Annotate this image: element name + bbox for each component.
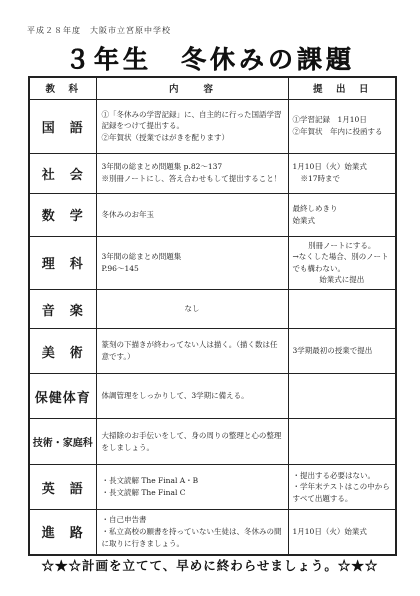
content-cell: 3年間の総まとめ問題集 P.96～145: [96, 236, 288, 290]
content-cell: 篆刻の下描きが終わってない人は描く。（描く数は任意です。）: [96, 329, 288, 374]
table-row-hokentaiiku: 保健体育 体調管理をしっかりして、3学期に備える。: [29, 374, 396, 419]
due-line: 始業式に提出: [293, 274, 392, 286]
table-row-gijutsu-kateika: 技術・家庭科 大掃除のお手伝いをして、身の周りの整理と心の整理をしましょう。: [29, 419, 396, 465]
due-line: 1月10日（火）始業式: [293, 526, 392, 538]
header-subject: 教 科: [29, 77, 96, 99]
content-cell: ・長文読解 The Final A・B ・長文読解 The Final C: [96, 465, 288, 510]
due-cell: ①学習記録 1月10日 ②年賀状 年内に投函する: [288, 99, 396, 153]
subject-label: 保健体育: [29, 374, 96, 419]
table-row-rika: 理 科 3年間の総まとめ問題集 P.96～145 別冊ノートにする。 →なくした…: [29, 236, 396, 290]
content-line: 3年間の総まとめ問題集 p.82～137: [102, 161, 283, 173]
due-cell: ・提出する必要はない。 ・学年末テストはこの中からすべて出題する。: [288, 465, 396, 510]
subject-label: 社 会: [29, 153, 96, 193]
content-cell: ①「冬休みの学習記録」に、自主的に行った国語学習記録をつけて提出する。 ②年賀状…: [96, 99, 288, 153]
content-line: ・自己申告書: [102, 514, 283, 526]
table-row-ongaku: 音 楽 なし: [29, 290, 396, 329]
table-header: 教 科 内 容 提 出 日: [29, 77, 396, 99]
due-cell: 3学期最初の授業で提出: [288, 329, 396, 374]
table-row-sugaku: 数 学 冬休みのお年玉 最終しめきり 始業式: [29, 193, 396, 236]
content-line: なし: [102, 303, 283, 315]
content-line: ・長文読解 The Final C: [102, 487, 283, 499]
content-cell: 冬休みのお年玉: [96, 193, 288, 236]
due-line: ・提出する必要はない。: [293, 470, 392, 482]
footer-message: ☆★☆計画を立てて、早めに終わらせましょう。☆★☆: [0, 556, 420, 574]
subject-label: 美 術: [29, 329, 96, 374]
content-line: ①「冬休みの学習記録」に、自主的に行った国語学習記録をつけて提出する。: [102, 109, 283, 132]
content-line: ・長文読解 The Final A・B: [102, 475, 283, 487]
due-line: 始業式: [293, 215, 392, 227]
content-cell: 3年間の総まとめ問題集 p.82～137 ※別冊ノートにし、答え合わせもして提出…: [96, 153, 288, 193]
subject-label: 数 学: [29, 193, 96, 236]
due-line: ②年賀状 年内に投函する: [293, 126, 392, 138]
due-cell: [288, 419, 396, 465]
due-line: 3学期最初の授業で提出: [293, 345, 392, 357]
subject-label: 音 楽: [29, 290, 96, 329]
subject-label: 英 語: [29, 465, 96, 510]
subject-label: 理 科: [29, 236, 96, 290]
content-line: ・私立高校の願書を持っていない生徒は、冬休みの間に取りに行きましょう。: [102, 526, 283, 549]
table-row-bijutsu: 美 術 篆刻の下描きが終わってない人は描く。（描く数は任意です。） 3学期最初の…: [29, 329, 396, 374]
header-due: 提 出 日: [288, 77, 396, 99]
content-line: ※別冊ノートにし、答え合わせもして提出すること！: [102, 173, 283, 185]
due-cell: 別冊ノートにする。 →なくした場合、別のノートでも構わない。 始業式に提出: [288, 236, 396, 290]
content-line: 篆刻の下描きが終わってない人は描く。（描く数は任意です。）: [102, 339, 283, 362]
content-line: 3年間の総まとめ問題集: [102, 251, 283, 263]
content-line: 大掃除のお手伝いをして、身の周りの整理と心の整理をしましょう。: [102, 430, 283, 453]
content-cell: なし: [96, 290, 288, 329]
subject-label: 技術・家庭科: [29, 419, 96, 465]
content-cell: 大掃除のお手伝いをして、身の周りの整理と心の整理をしましょう。: [96, 419, 288, 465]
content-cell: 体調管理をしっかりして、3学期に備える。: [96, 374, 288, 419]
subject-label: 国 語: [29, 99, 96, 153]
header-content: 内 容: [96, 77, 288, 99]
school-year-line: 平成２８年度 大阪市立宮原中学校: [27, 25, 171, 36]
due-line: 最終しめきり: [293, 203, 392, 215]
content-cell: ・自己申告書 ・私立高校の願書を持っていない生徒は、冬休みの間に取りに行きましょ…: [96, 510, 288, 555]
due-line: ・学年末テストはこの中からすべて出題する。: [293, 481, 392, 504]
due-cell: 1月10日（火）始業式 ※17時まで: [288, 153, 396, 193]
page-title: ３年生 冬休みの課題: [0, 40, 420, 76]
due-line: ①学習記録 1月10日: [293, 114, 392, 126]
due-cell: 最終しめきり 始業式: [288, 193, 396, 236]
table-row-shinro: 進 路 ・自己申告書 ・私立高校の願書を持っていない生徒は、冬休みの間に取りに行…: [29, 510, 396, 555]
table-row-shakai: 社 会 3年間の総まとめ問題集 p.82～137 ※別冊ノートにし、答え合わせも…: [29, 153, 396, 193]
table-row-kokugo: 国 語 ①「冬休みの学習記録」に、自主的に行った国語学習記録をつけて提出する。 …: [29, 99, 396, 153]
due-line: ※17時まで: [293, 173, 392, 185]
content-line: 体調管理をしっかりして、3学期に備える。: [102, 390, 283, 402]
assignment-table: 教 科 内 容 提 出 日 国 語 ①「冬休みの学習記録」に、自主的に行った国語…: [28, 76, 397, 556]
due-line: 別冊ノートにする。: [293, 240, 392, 252]
due-cell: [288, 290, 396, 329]
content-line: 冬休みのお年玉: [102, 209, 283, 221]
due-line: 1月10日（火）始業式: [293, 161, 392, 173]
table-row-eigo: 英 語 ・長文読解 The Final A・B ・長文読解 The Final …: [29, 465, 396, 510]
due-cell: 1月10日（火）始業式: [288, 510, 396, 555]
content-line: P.96～145: [102, 263, 283, 275]
subject-label: 進 路: [29, 510, 96, 555]
due-cell: [288, 374, 396, 419]
due-line: →なくした場合、別のノートでも構わない。: [293, 251, 392, 274]
content-line: ②年賀状（授業ではがきを配ります）: [102, 132, 283, 144]
